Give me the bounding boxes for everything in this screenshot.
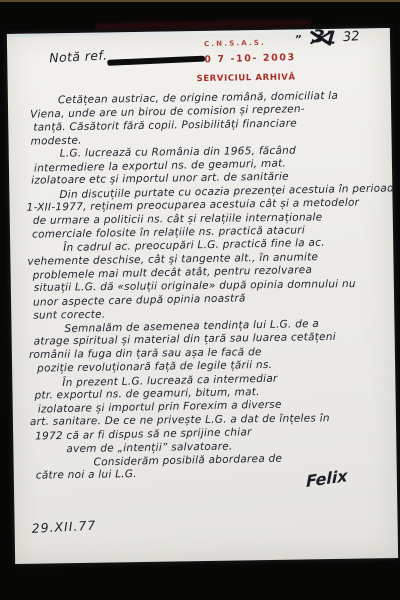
- cnsas-stamp: C.N.S.A.S.: [204, 39, 266, 49]
- note-date: 29.XII.77: [31, 518, 96, 536]
- photo-top-edge: [0, 0, 400, 2]
- note-body: Cetățean austriac, de origine română, do…: [30, 88, 398, 483]
- note-ref-label: Notă ref.: [49, 47, 108, 65]
- date-stamp: 0 7 -10- 2003: [204, 52, 296, 65]
- redaction-bar: [107, 56, 205, 66]
- photo-of-document: { "photo": { "background_color": "#07070…: [0, 0, 400, 600]
- archive-service-stamp: SERVICIUL ARHIVĂ: [197, 73, 296, 85]
- page-number: 32: [342, 29, 360, 45]
- ditto-mark: ”: [295, 34, 302, 45]
- page-edge-artifact: [95, 20, 310, 29]
- document-paper: Notă ref. C.N.S.A.S. 0 7 -10- 2003 SERVI…: [7, 28, 398, 564]
- crossed-out-page-number: 31: [311, 28, 338, 49]
